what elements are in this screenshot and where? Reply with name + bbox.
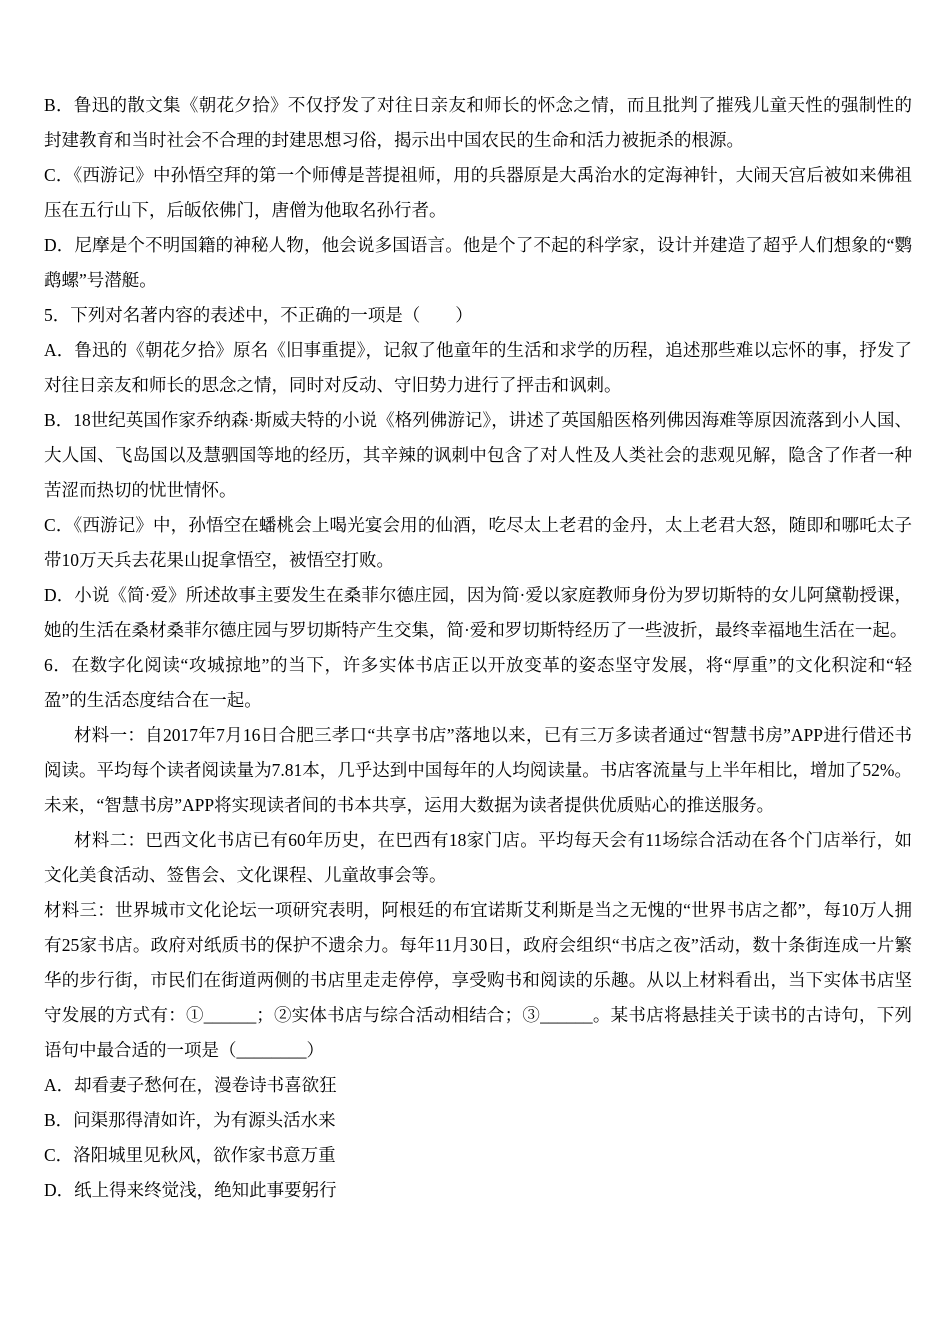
question6-option-b: B．问渠那得清如许，为有源头活水来 [44, 1103, 912, 1138]
question5-option-d: D．小说《简·爱》所述故事主要发生在桑菲尔德庄园，因为简·爱以家庭教师身份为罗切… [44, 578, 912, 648]
question6-option-c: C．洛阳城里见秋风，欲作家书意万重 [44, 1138, 912, 1173]
question5-option-a: A．鲁迅的《朝花夕拾》原名《旧事重提》，记叙了他童年的生活和求学的历程，追述那些… [44, 333, 912, 403]
question6-material-2: 材料二：巴西文化书店已有60年历史，在巴西有18家门店。平均每天会有11场综合活… [44, 823, 912, 893]
question4-option-d: D．尼摩是个不明国籍的神秘人物，他会说多国语言。他是个了不起的科学家，设计并建造… [44, 228, 912, 298]
question5-stem: 5．下列对名著内容的表述中，不正确的一项是（ ） [44, 298, 912, 333]
question6-option-d: D．纸上得来终觉浅，绝知此事要躬行 [44, 1173, 912, 1208]
question4-option-b: B．鲁迅的散文集《朝花夕拾》不仅抒发了对往日亲友和师长的怀念之情，而且批判了摧残… [44, 88, 912, 158]
question6-material-1: 材料一：自2017年7月16日合肥三孝口“共享书店”落地以来，已有三万多读者通过… [44, 718, 912, 823]
exam-page: B．鲁迅的散文集《朝花夕拾》不仅抒发了对往日亲友和师长的怀念之情，而且批判了摧残… [0, 0, 950, 1344]
question6-stem: 6．在数字化阅读“攻城掠地”的当下，许多实体书店正以开放变革的姿态坚守发展，将“… [44, 648, 912, 718]
question6-option-a: A．却看妻子愁何在，漫卷诗书喜欲狂 [44, 1068, 912, 1103]
question4-option-c: C．《西游记》中孙悟空拜的第一个师傅是菩提祖师，用的兵器原是大禹治水的定海神针，… [44, 158, 912, 228]
question5-option-c: C．《西游记》中，孙悟空在蟠桃会上喝光宴会用的仙酒，吃尽太上老君的金丹，太上老君… [44, 508, 912, 578]
question6-material-3: 材料三：世界城市文化论坛一项研究表明，阿根廷的布宜诺斯艾利斯是当之无愧的“世界书… [44, 893, 912, 1068]
exam-text-column: B．鲁迅的散文集《朝花夕拾》不仅抒发了对往日亲友和师长的怀念之情，而且批判了摧残… [44, 88, 912, 1208]
question5-option-b: B．18世纪英国作家乔纳森·斯威夫特的小说《格列佛游记》，讲述了英国船医格列佛因… [44, 403, 912, 508]
